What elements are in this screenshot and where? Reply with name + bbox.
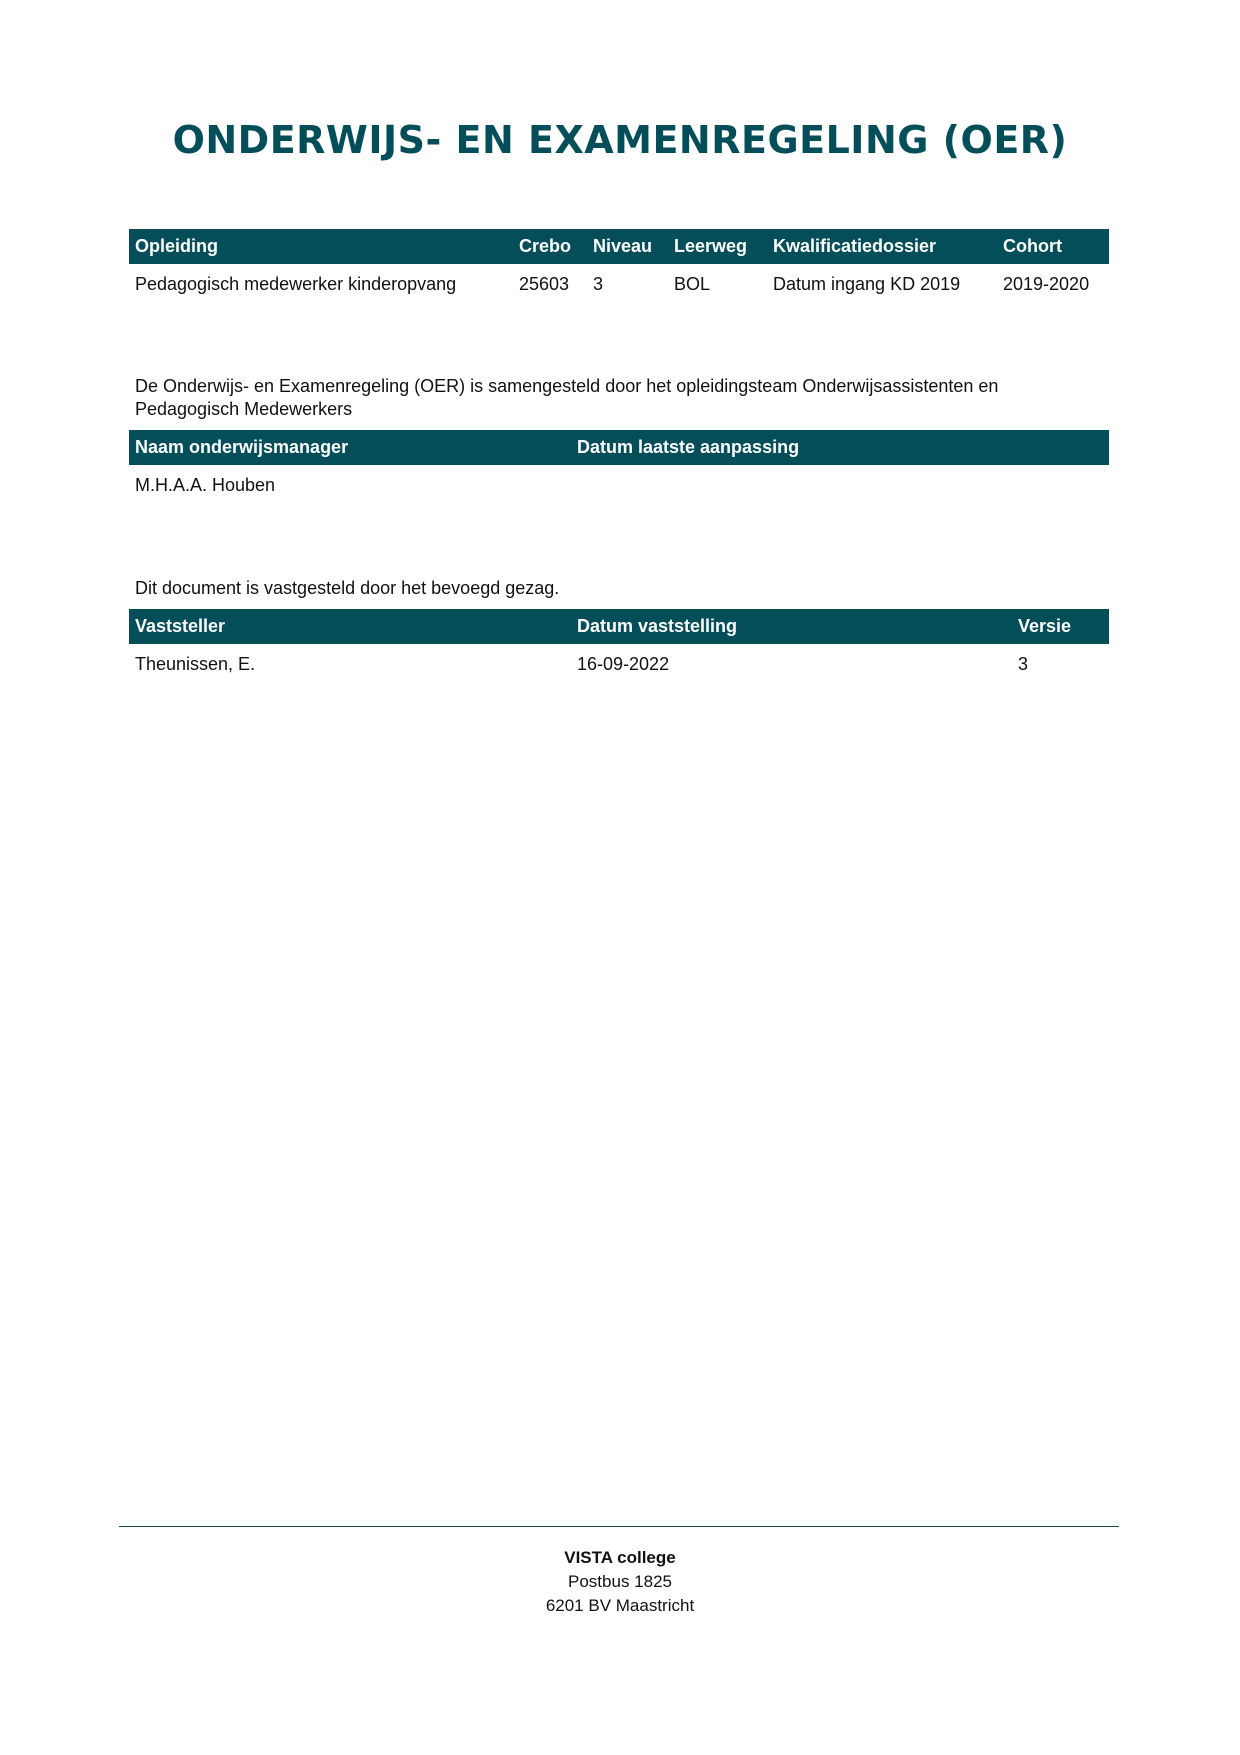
cell-kwalificatiedossier: Datum ingang KD 2019: [767, 264, 997, 304]
footer-organization: VISTA college: [0, 1546, 1240, 1570]
col-header-vaststeller: Vaststeller: [129, 609, 571, 644]
col-header-crebo: Crebo: [513, 229, 587, 264]
cell-onderwijsmanager: M.H.A.A. Houben: [129, 465, 571, 505]
approval-statement: Dit document is vastgesteld door het bev…: [135, 577, 1095, 600]
approval-table: Vaststeller Datum vaststelling Versie Th…: [129, 609, 1109, 684]
col-header-naam-onderwijsmanager: Naam onderwijsmanager: [129, 430, 571, 465]
program-table-header: Opleiding Crebo Niveau Leerweg Kwalifica…: [129, 229, 1109, 264]
table-row: Theunissen, E. 16-09-2022 3: [129, 644, 1109, 684]
footer-divider: [119, 1526, 1119, 1527]
cell-niveau: 3: [587, 264, 668, 304]
col-header-opleiding: Opleiding: [129, 229, 513, 264]
col-header-datum-vaststelling: Datum vaststelling: [571, 609, 1012, 644]
footer-postbus: Postbus 1825: [0, 1570, 1240, 1594]
composition-statement: De Onderwijs- en Examenregeling (OER) is…: [135, 375, 1095, 421]
table-row: M.H.A.A. Houben: [129, 465, 1109, 505]
col-header-versie: Versie: [1012, 609, 1109, 644]
footer: VISTA college Postbus 1825 6201 BV Maast…: [0, 1546, 1240, 1618]
composition-table: Naam onderwijsmanager Datum laatste aanp…: [129, 430, 1109, 505]
document-title: ONDERWIJS- EN EXAMENREGELING (OER): [0, 118, 1240, 162]
table-row: Pedagogisch medewerker kinderopvang 2560…: [129, 264, 1109, 304]
cell-datum-laatste-aanpassing: [571, 465, 1109, 505]
cell-datum-vaststelling: 16-09-2022: [571, 644, 1012, 684]
cell-cohort: 2019-2020: [997, 264, 1109, 304]
col-header-leerweg: Leerweg: [668, 229, 767, 264]
cell-vaststeller: Theunissen, E.: [129, 644, 571, 684]
col-header-cohort: Cohort: [997, 229, 1109, 264]
program-table: Opleiding Crebo Niveau Leerweg Kwalifica…: [129, 229, 1109, 304]
col-header-kwalificatiedossier: Kwalificatiedossier: [767, 229, 997, 264]
approval-table-header: Vaststeller Datum vaststelling Versie: [129, 609, 1109, 644]
col-header-niveau: Niveau: [587, 229, 668, 264]
cell-opleiding: Pedagogisch medewerker kinderopvang: [129, 264, 513, 304]
col-header-datum-laatste-aanpassing: Datum laatste aanpassing: [571, 430, 1109, 465]
footer-address: 6201 BV Maastricht: [0, 1594, 1240, 1618]
cell-leerweg: BOL: [668, 264, 767, 304]
cell-versie: 3: [1012, 644, 1109, 684]
cell-crebo: 25603: [513, 264, 587, 304]
composition-table-header: Naam onderwijsmanager Datum laatste aanp…: [129, 430, 1109, 465]
